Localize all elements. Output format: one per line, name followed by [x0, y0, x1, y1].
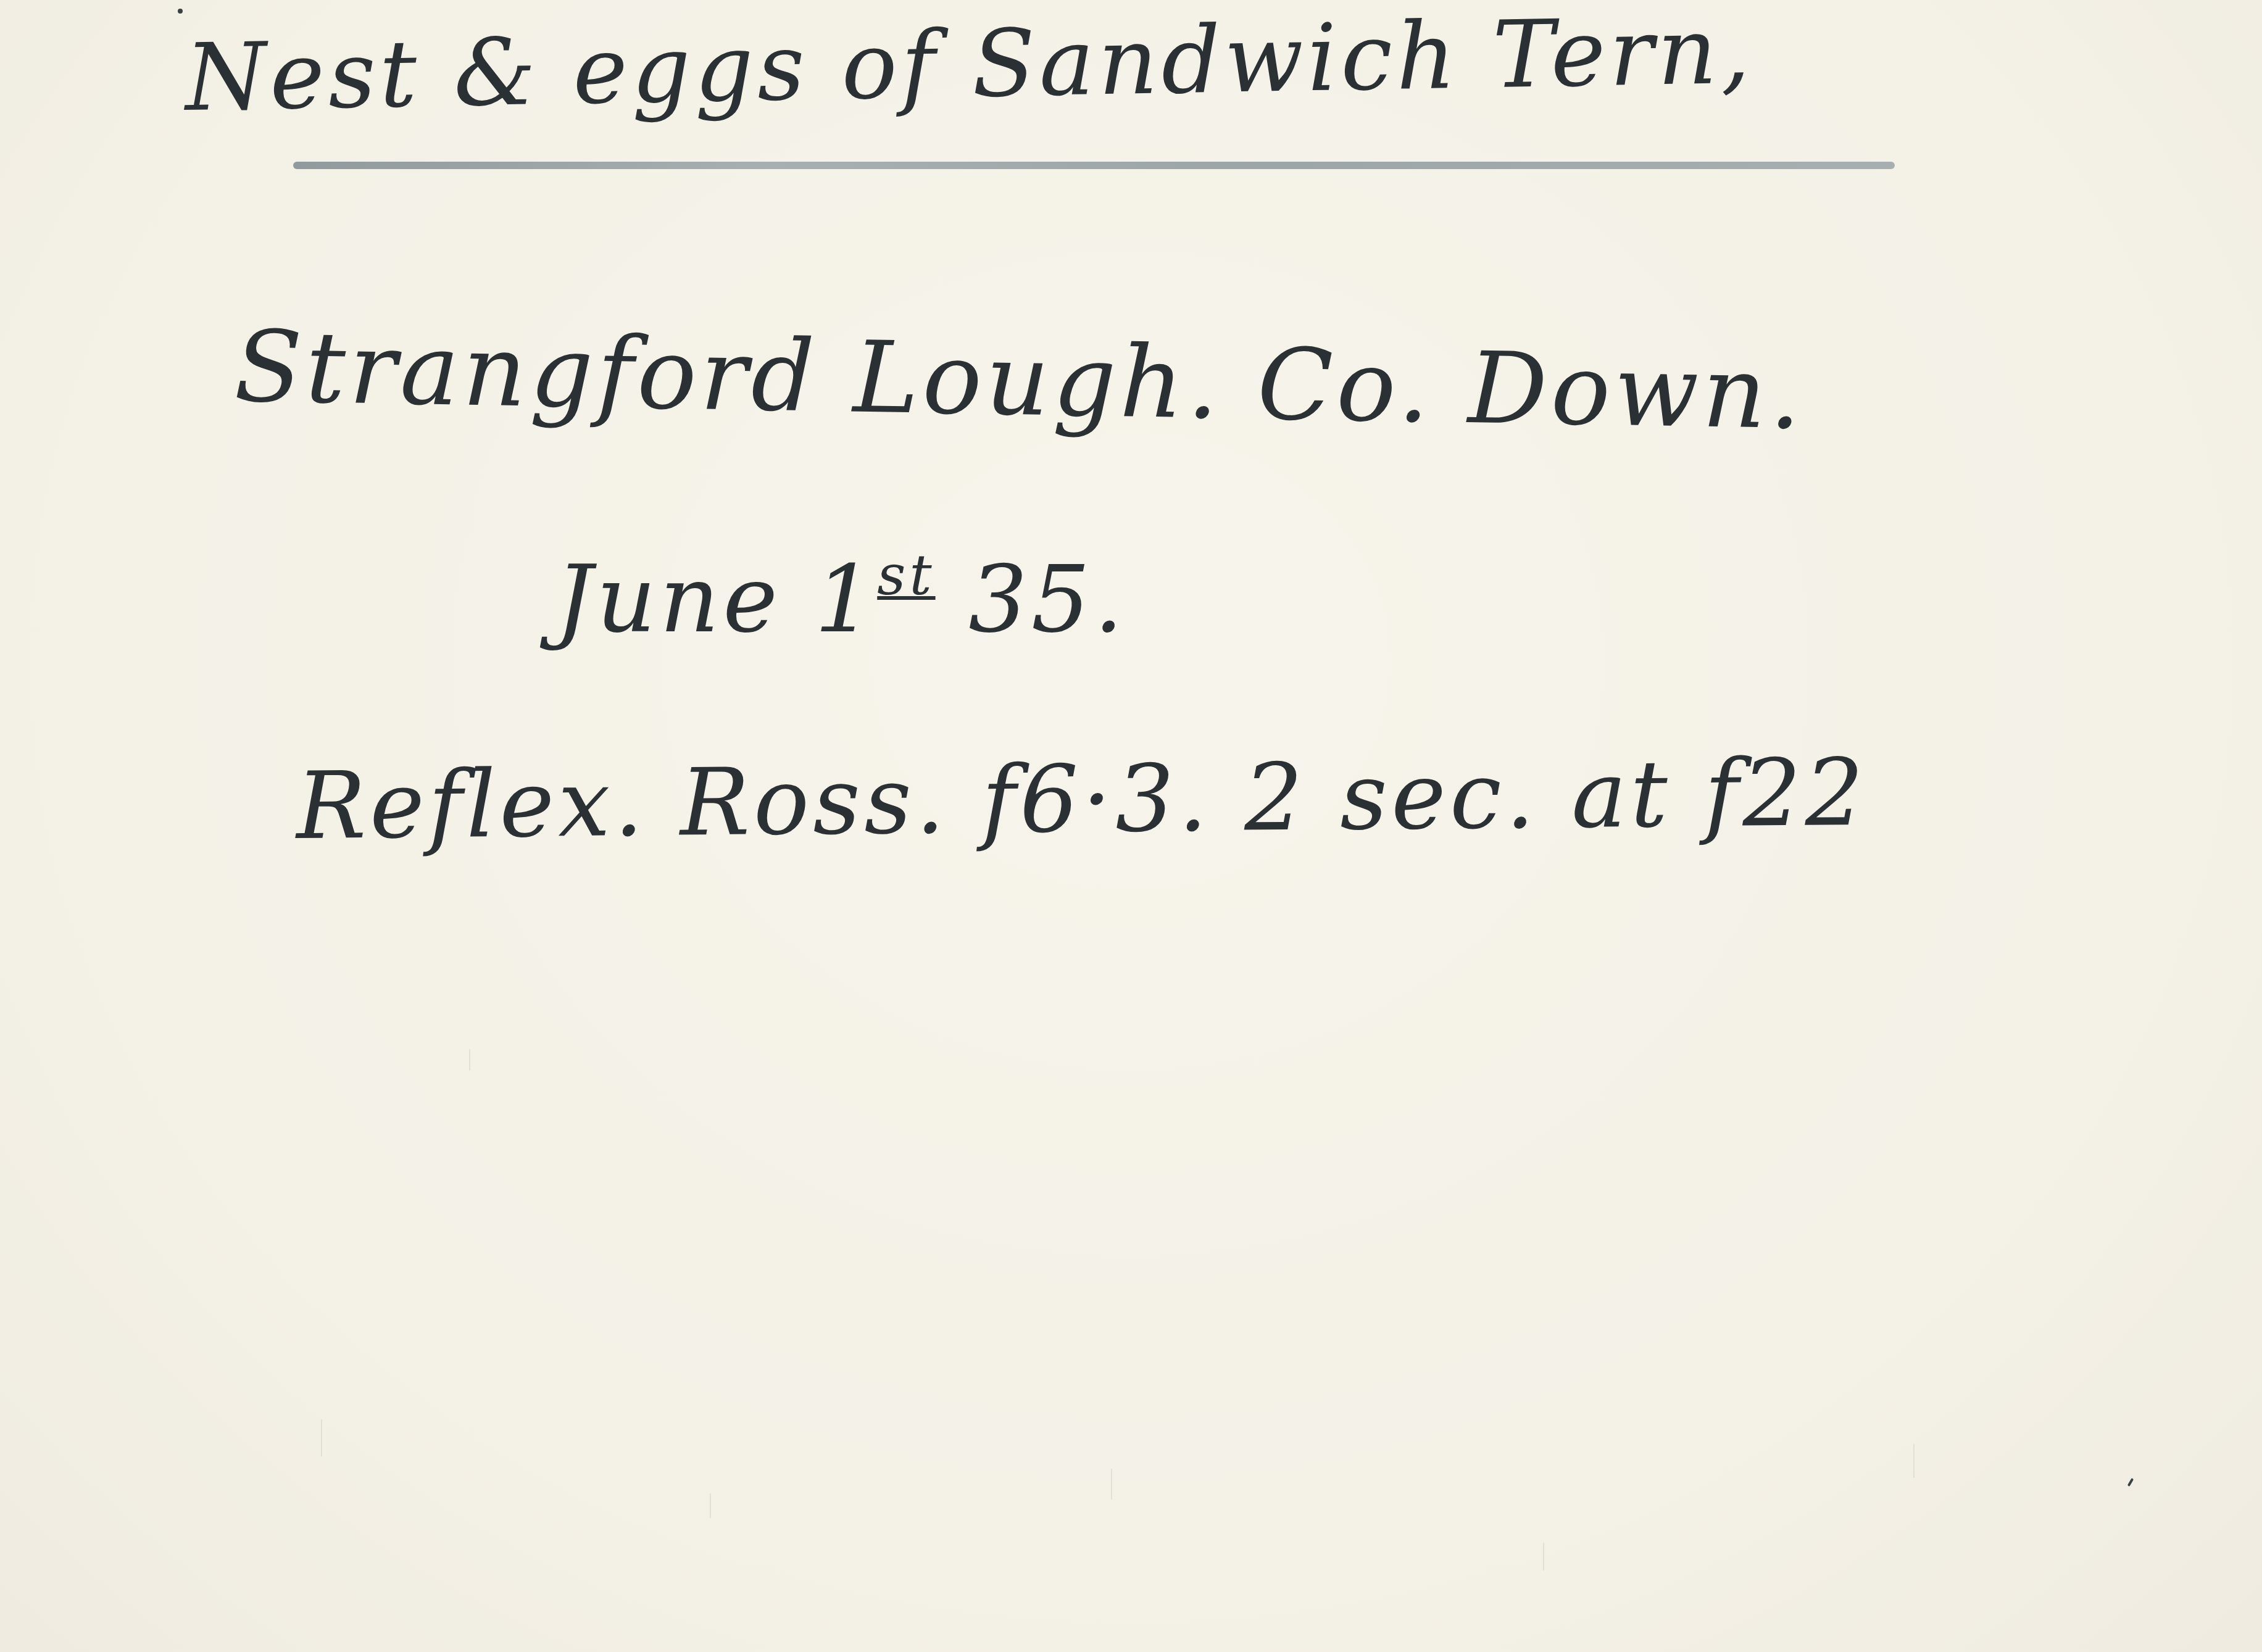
paper-fiber [469, 1049, 470, 1071]
ink-speck [2127, 1478, 2134, 1487]
caption-date: June 1st 35. [555, 543, 1127, 654]
caption-date-prefix: June 1 [555, 546, 877, 654]
caption-camera-settings: Reflex. Ross. f6·3. 2 sec. at f22 [296, 739, 1868, 860]
photo-back-paper: Nest & eggs of Sandwich Tern, Strangford… [0, 0, 2262, 1652]
paper-fiber [710, 1493, 711, 1518]
caption-title-text: Nest & eggs of Sandwich Tern, [184, 0, 1754, 132]
caption-location: Strangford Lough. Co. Down. [233, 309, 1805, 451]
paper-fiber [1111, 1469, 1112, 1500]
caption-date-ordinal: st [877, 543, 935, 608]
paper-fiber [1543, 1543, 1544, 1571]
caption-title: Nest & eggs of Sandwich Tern, [184, 0, 1754, 132]
ink-speck [178, 9, 183, 14]
caption-camera-text: Reflex. Ross. f6·3. 2 sec. at f22 [296, 739, 1868, 860]
paper-fiber [321, 1419, 322, 1456]
title-underline [293, 162, 1895, 169]
caption-date-year: 35. [968, 546, 1127, 654]
paper-fiber [1913, 1444, 1915, 1478]
caption-location-text: Strangford Lough. Co. Down. [233, 309, 1805, 451]
